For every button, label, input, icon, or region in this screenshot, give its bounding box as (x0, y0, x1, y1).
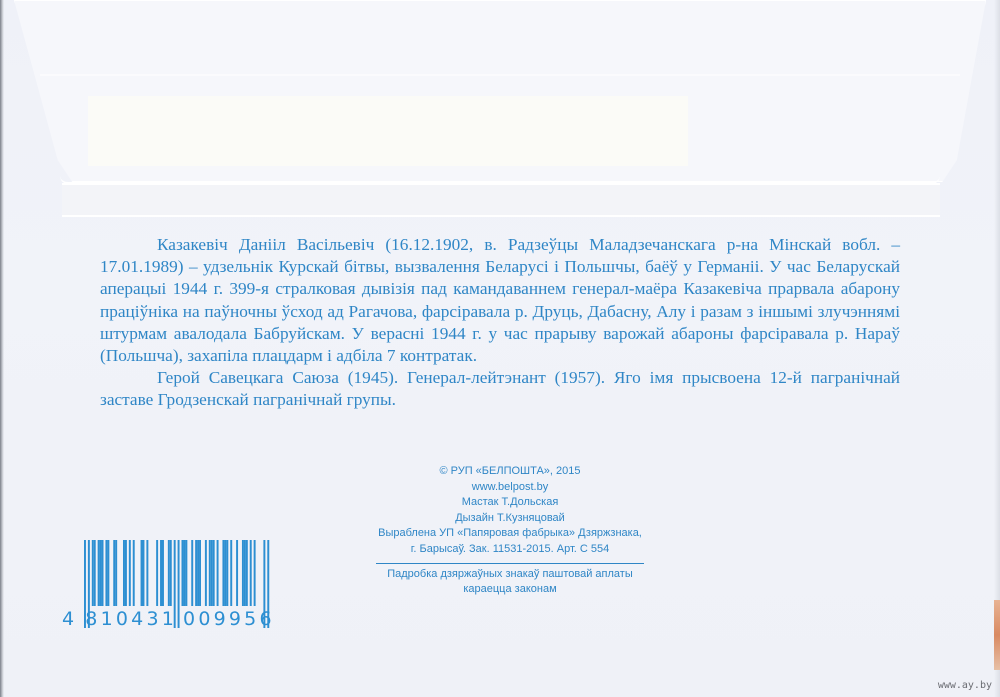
flap-tint (88, 96, 688, 166)
biography-text: Казакевіч Данііл Васільевіч (16.12.1902,… (100, 234, 900, 412)
biography-paragraph: Казакевіч Данііл Васільевіч (16.12.1902,… (100, 234, 900, 367)
website-line: www.belpost.by (360, 480, 660, 496)
envelope-back: Казакевіч Данііл Васільевіч (16.12.1902,… (0, 0, 1000, 697)
gum-band (62, 183, 940, 217)
designer-line: Дызайн Т.Кузняцовай (360, 511, 660, 527)
imprint-block: © РУП «БЕЛПОШТА», 2015 www.belpost.by Ма… (360, 464, 660, 598)
barcode-right-group: 009956 (183, 608, 275, 630)
ean13-barcode: 4810431009956 (62, 540, 282, 630)
order-line: г. Барысаў. Зак. 11531-2015. Арт. С 554 (360, 542, 660, 558)
printer-line: Выраблена УП «Папяровая фабрыка» Дзяржзн… (360, 526, 660, 542)
flap-fold-line (40, 74, 960, 76)
imprint-divider (376, 563, 644, 564)
barcode-digits: 4810431009956 (62, 608, 275, 630)
artist-line: Мастак Т.Дольская (360, 495, 660, 511)
scan-edge-left (0, 0, 4, 697)
barcode-left-group: 810431 (85, 608, 177, 630)
barcode-first-digit: 4 (62, 608, 77, 630)
biography-paragraph: Герой Савецкага Саюза (1945). Генерал-ле… (100, 367, 900, 411)
stamp-fragment (994, 600, 1000, 670)
copyright-line: © РУП «БЕЛПОШТА», 2015 (360, 464, 660, 480)
legal-notice-line-2: караецца законам (360, 582, 660, 598)
watermark: www.ay.by (938, 680, 992, 691)
legal-notice-line-1: Падробка дзяржаўных знакаў паштовай апла… (360, 567, 660, 583)
scan-edge-right (994, 0, 1000, 697)
